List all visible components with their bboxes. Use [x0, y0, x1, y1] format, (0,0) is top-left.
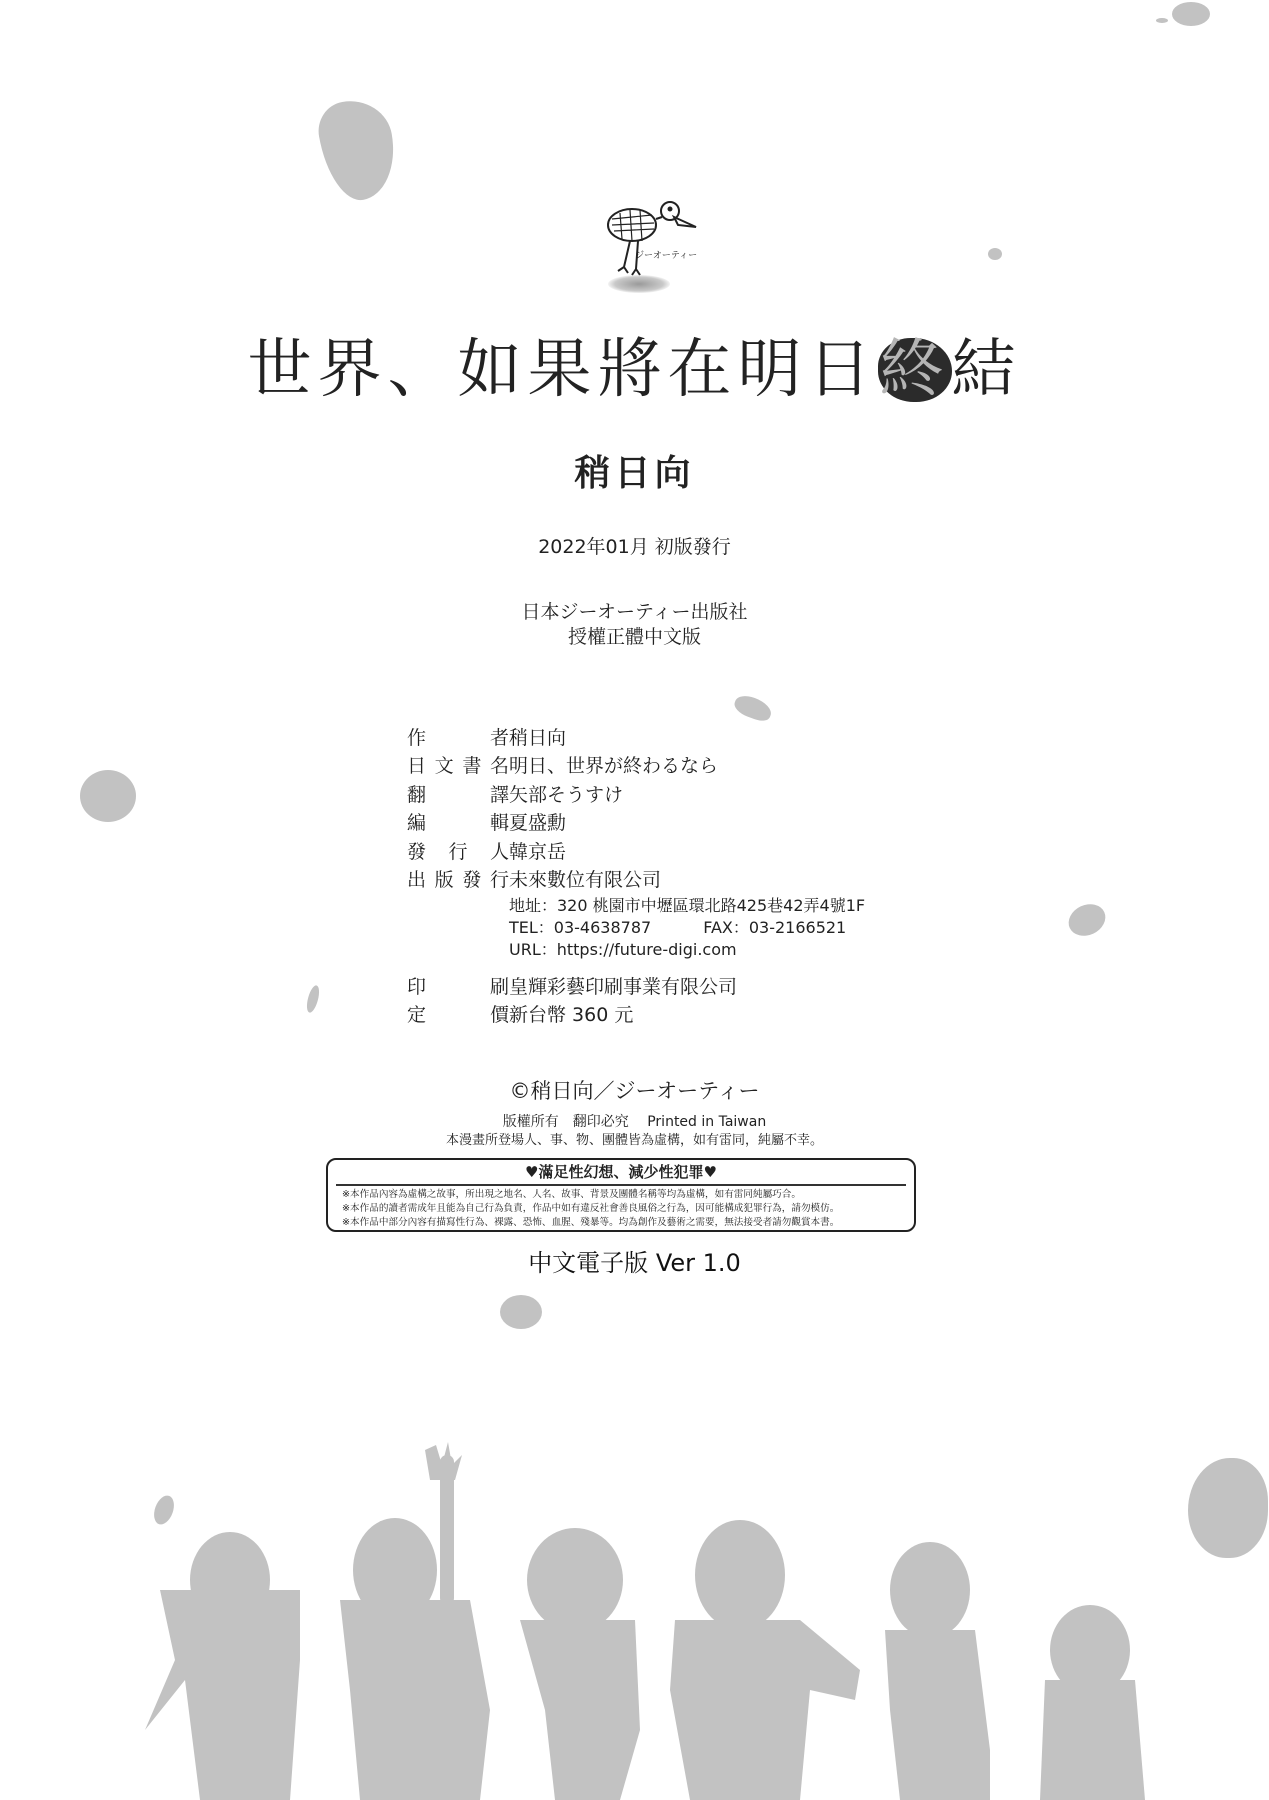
- petal-decoration: [732, 692, 775, 724]
- credit-value: 韓京岳: [509, 837, 566, 864]
- warning-line: ※本作品中部分內容有描寫性行為、裸露、恐怖、血腥、殘暴等。均為創作及藝術之需要，…: [328, 1216, 914, 1230]
- publisher-url: URL：https://future-digi.com: [407, 937, 865, 959]
- warning-line: ※本作品的讀者需成年且能為自己行為負責，作品中如有違反社會善良風俗之行為，因可能…: [328, 1202, 914, 1216]
- credit-row-translator: 翻譯 矢部そうすけ: [407, 779, 865, 808]
- credit-value: 明日、世界が終わるなら: [509, 751, 718, 778]
- title-text: 世界、如果將在明日: [248, 333, 878, 407]
- silhouettes-illustration: [0, 1430, 1269, 1800]
- title-highlight: 終: [878, 338, 952, 402]
- logo-shadow: [608, 275, 670, 293]
- credit-row-issuer: 發行人 韓京岳: [407, 836, 865, 865]
- credit-value: 稍日向: [509, 723, 566, 750]
- petal-decoration: [80, 770, 136, 822]
- logo-label: ジーオーティー: [635, 248, 697, 261]
- credit-value: 矢部そうすけ: [509, 780, 623, 807]
- credit-row-editor: 編輯 夏盛勳: [407, 808, 865, 837]
- petal-decoration: [1156, 18, 1168, 23]
- credit-value: 夏盛勳: [509, 808, 566, 835]
- petal-decoration: [1063, 898, 1110, 941]
- petal-decoration: [314, 95, 402, 206]
- title-text-end: 結: [952, 333, 1022, 407]
- credit-row-printer: 印刷 皇輝彩藝印刷事業有限公司: [407, 971, 865, 1000]
- version-label: 中文電子版 Ver 1.0: [0, 1243, 1269, 1278]
- warning-box: ♥滿足性幻想、減少性犯罪♥ ※本作品內容為虛構之故事，所出現之地名、人名、故事、…: [326, 1158, 916, 1232]
- credit-row-publisher: 出版發行 未來數位有限公司: [407, 865, 865, 894]
- publisher-address: 地址：320 桃園市中壢區環北路425巷42弄4號1F: [407, 893, 865, 915]
- rights-reserved: 版權所有 翻印必究 Printed in Taiwan: [0, 1111, 1269, 1131]
- credit-row-author: 作者 稍日向: [407, 722, 865, 751]
- petal-decoration: [500, 1295, 542, 1329]
- license-publisher: 日本ジーオーティー出版社: [0, 597, 1269, 624]
- license-type: 授權正體中文版: [0, 622, 1269, 649]
- credit-row-price: 定價 新台幣 360 元: [407, 1000, 865, 1029]
- credit-value: 皇輝彩藝印刷事業有限公司: [509, 972, 737, 999]
- credit-value: 新台幣 360 元: [509, 1000, 633, 1027]
- publisher-tel: TEL：03-4638787: [509, 915, 651, 938]
- petal-decoration: [1172, 2, 1210, 26]
- warning-line: ※本作品內容為虛構之故事，所出現之地名、人名、故事、背景及團體名稱等均為虛構，如…: [328, 1188, 914, 1202]
- copyright-notice: ©稍日向／ジーオーティー: [0, 1075, 1269, 1105]
- fiction-disclaimer: 本漫畫所登場人、事、物、團體皆為虛構，如有雷同，純屬不幸。: [0, 1129, 1269, 1148]
- book-title: 世界、如果將在明日終結: [0, 338, 1269, 402]
- warning-title: ♥滿足性幻想、減少性犯罪♥: [328, 1162, 914, 1182]
- publisher-fax: FAX：03-2166521: [703, 915, 846, 938]
- credit-value: 未來數位有限公司: [509, 865, 661, 892]
- book-author: 稍日向: [0, 445, 1269, 496]
- publisher-phone-fax: TEL：03-4638787FAX：03-2166521: [407, 915, 865, 937]
- credit-row-japanese-title: 日文書名 明日、世界が終わるなら: [407, 751, 865, 780]
- credits-block: 作者 稍日向 日文書名 明日、世界が終わるなら 翻譯 矢部そうすけ 編輯 夏盛勳…: [407, 722, 865, 1028]
- petal-decoration: [305, 984, 322, 1014]
- edition-date: 2022年01月 初版發行: [0, 532, 1269, 559]
- petal-decoration: [988, 248, 1002, 260]
- warning-divider: [336, 1184, 906, 1186]
